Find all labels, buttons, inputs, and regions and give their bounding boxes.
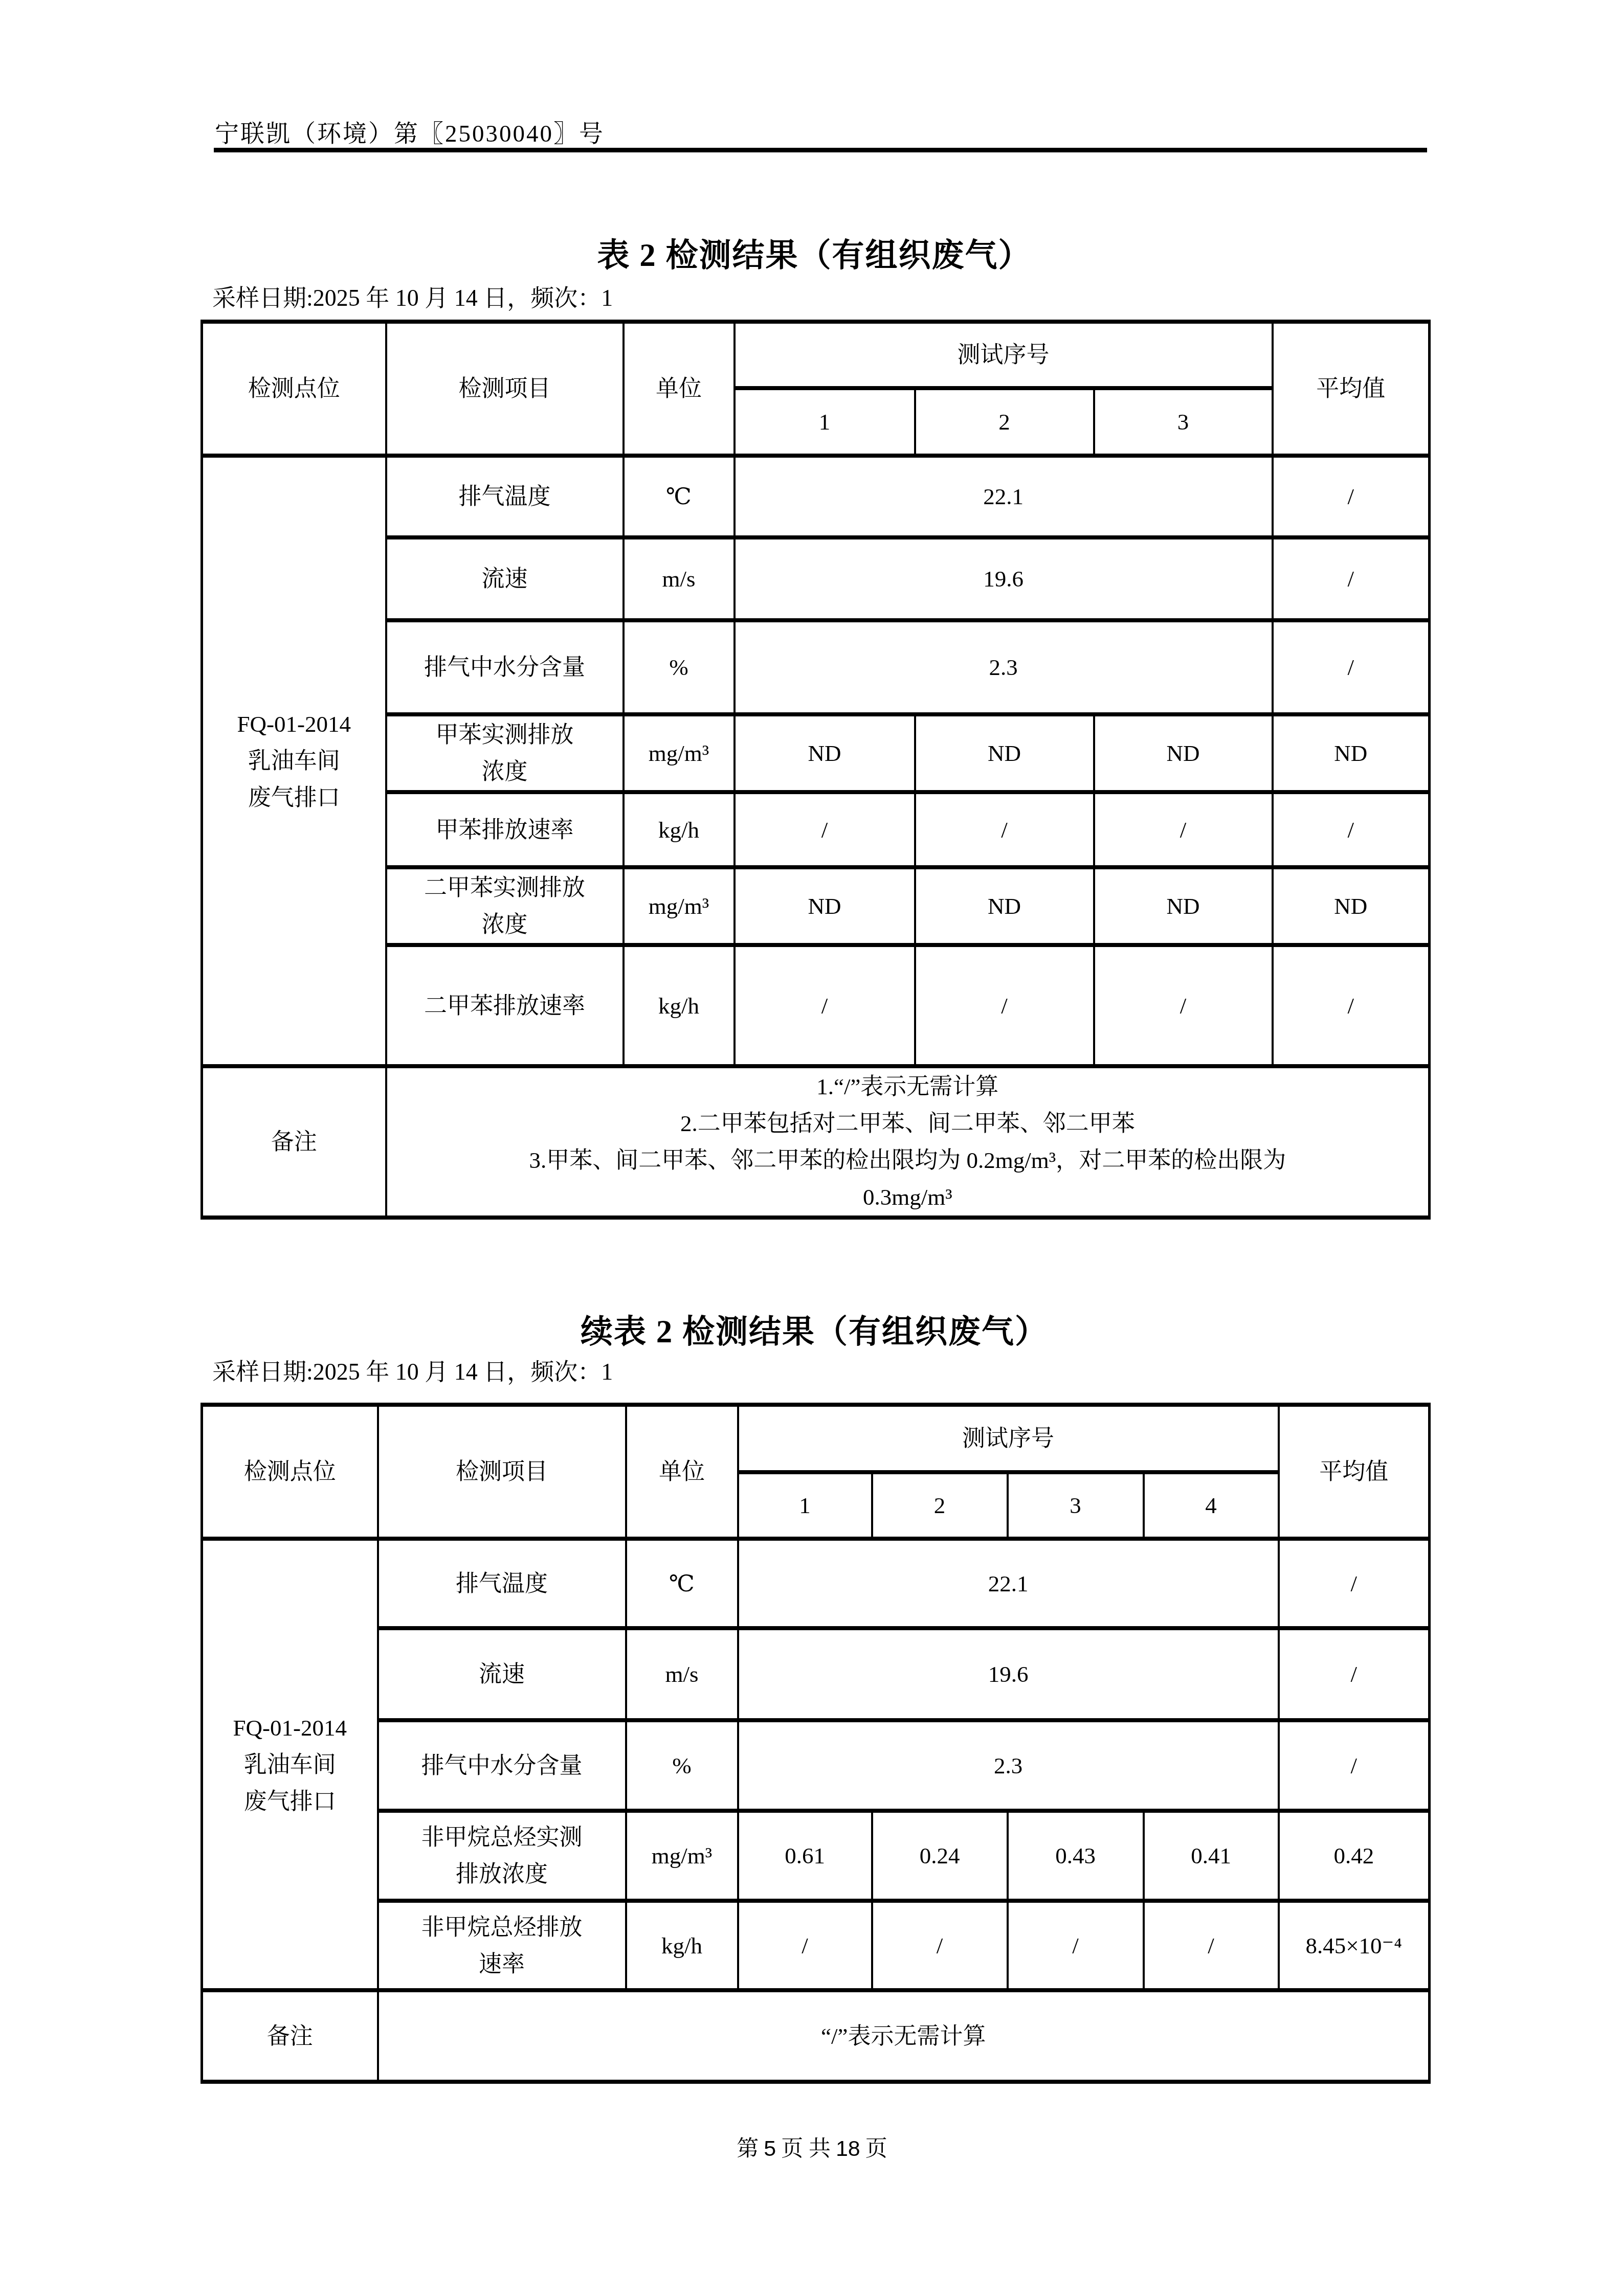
cell-unit: kg/h bbox=[626, 1901, 738, 1990]
cell-value: 0.41 bbox=[1144, 1811, 1279, 1901]
table2-title: 续表 2 检测结果（有组织废气） bbox=[201, 1305, 1428, 1352]
cell-item: 非甲烷总烃排放 速率 bbox=[378, 1901, 626, 1990]
cell-value: / bbox=[735, 792, 915, 867]
table1-sample-date: 采样日期:2025 年 10 月 14 日，频次：1 bbox=[212, 279, 613, 313]
table1-header-row: 检测点位 检测项目 单位 测试序号 平均值 bbox=[202, 322, 1430, 388]
cell-unit: % bbox=[626, 1720, 738, 1811]
remark-row: 备注 1.“/”表示无需计算 2.二甲苯包括对二甲苯、间二甲苯、邻二甲苯 3.甲… bbox=[202, 1066, 1430, 1218]
cell-average: / bbox=[1273, 792, 1430, 867]
cell-value: ND bbox=[915, 867, 1094, 945]
cell-item: 非甲烷总烃实测 排放浓度 bbox=[378, 1811, 626, 1901]
cell-average: 0.42 bbox=[1279, 1811, 1430, 1901]
cell-value: 0.24 bbox=[872, 1811, 1008, 1901]
cell-item: 排气中水分含量 bbox=[378, 1720, 626, 1811]
cell-item: 排气中水分含量 bbox=[386, 620, 624, 714]
table-row: 排气中水分含量 % 2.3 / bbox=[202, 620, 1430, 714]
cell-unit: kg/h bbox=[624, 792, 735, 867]
footer-current-page: 5 bbox=[764, 2136, 776, 2161]
header-unit: 单位 bbox=[624, 322, 735, 456]
remark-text: 1.“/”表示无需计算 2.二甲苯包括对二甲苯、间二甲苯、邻二甲苯 3.甲苯、间… bbox=[386, 1066, 1430, 1218]
cell-unit: ℃ bbox=[626, 1539, 738, 1628]
cell-item: 甲苯实测排放 浓度 bbox=[386, 714, 624, 792]
seq-number-1: 1 bbox=[738, 1472, 872, 1539]
header-test-seq: 测试序号 bbox=[738, 1405, 1279, 1472]
header-average: 平均值 bbox=[1273, 322, 1430, 456]
cell-unit: mg/m³ bbox=[624, 714, 735, 792]
cell-item: 二甲苯实测排放 浓度 bbox=[386, 867, 624, 945]
table1-results: 检测点位 检测项目 单位 测试序号 平均值 1 2 3 FQ-01-2014 乳… bbox=[201, 320, 1431, 1220]
remark-label: 备注 bbox=[202, 1990, 378, 2082]
table-row: 非甲烷总烃排放 速率 kg/h / / / / 8.45×10⁻⁴ bbox=[202, 1901, 1430, 1990]
table-row: 二甲苯实测排放 浓度 mg/m³ ND ND ND ND bbox=[202, 867, 1430, 945]
cell-average: / bbox=[1273, 537, 1430, 620]
cell-unit: mg/m³ bbox=[624, 867, 735, 945]
cell-value-merged: 2.3 bbox=[735, 620, 1273, 714]
cell-average: / bbox=[1279, 1720, 1430, 1811]
cell-average: ND bbox=[1273, 714, 1430, 792]
seq-number-3: 3 bbox=[1094, 388, 1273, 456]
cell-value-merged: 19.6 bbox=[738, 1628, 1279, 1720]
cell-item: 排气温度 bbox=[386, 456, 624, 537]
table2-header-row: 检测点位 检测项目 单位 测试序号 平均值 bbox=[202, 1405, 1430, 1472]
cell-average: 8.45×10⁻⁴ bbox=[1279, 1901, 1430, 1990]
cell-value: / bbox=[1144, 1901, 1279, 1990]
point-label: FQ-01-2014 乳油车间 废气排口 bbox=[202, 456, 386, 1066]
cell-average: / bbox=[1273, 456, 1430, 537]
table-row: 流速 m/s 19.6 / bbox=[202, 1628, 1430, 1720]
header-average: 平均值 bbox=[1279, 1405, 1430, 1539]
cell-value-merged: 22.1 bbox=[738, 1539, 1279, 1628]
report-page: 宁联凯（环境）第〖25030040〗号 表 2 检测结果（有组织废气） 采样日期… bbox=[0, 0, 1624, 2296]
cell-value: ND bbox=[1094, 714, 1273, 792]
cell-value: 0.43 bbox=[1008, 1811, 1144, 1901]
cell-average: / bbox=[1279, 1628, 1430, 1720]
seq-number-4: 4 bbox=[1144, 1472, 1279, 1539]
cell-value: / bbox=[872, 1901, 1008, 1990]
cell-value: / bbox=[1094, 945, 1273, 1066]
cell-average: / bbox=[1273, 945, 1430, 1066]
header-item: 检测项目 bbox=[378, 1405, 626, 1539]
cell-average: / bbox=[1279, 1539, 1430, 1628]
table-row: 二甲苯排放速率 kg/h / / / / bbox=[202, 945, 1430, 1066]
cell-unit: m/s bbox=[626, 1628, 738, 1720]
cell-item: 流速 bbox=[378, 1628, 626, 1720]
cell-average: / bbox=[1273, 620, 1430, 714]
footer-text: 页 bbox=[865, 2137, 887, 2161]
table-row: 甲苯实测排放 浓度 mg/m³ ND ND ND ND bbox=[202, 714, 1430, 792]
cell-value-merged: 19.6 bbox=[735, 537, 1273, 620]
cell-value: / bbox=[738, 1901, 872, 1990]
table-row: FQ-01-2014 乳油车间 废气排口 排气温度 ℃ 22.1 / bbox=[202, 456, 1430, 537]
cell-unit: % bbox=[624, 620, 735, 714]
cell-item: 甲苯排放速率 bbox=[386, 792, 624, 867]
header-unit: 单位 bbox=[626, 1405, 738, 1539]
doc-number: 宁联凯（环境）第〖25030040〗号 bbox=[215, 115, 605, 149]
footer-text: 第 bbox=[737, 2137, 759, 2161]
cell-value: / bbox=[1094, 792, 1273, 867]
point-label: FQ-01-2014 乳油车间 废气排口 bbox=[202, 1539, 378, 1990]
cell-value: ND bbox=[735, 714, 915, 792]
cell-average: ND bbox=[1273, 867, 1430, 945]
table-row: 排气中水分含量 % 2.3 / bbox=[202, 1720, 1430, 1811]
header-test-seq: 测试序号 bbox=[735, 322, 1273, 388]
header-item: 检测项目 bbox=[386, 322, 624, 456]
cell-unit: ℃ bbox=[624, 456, 735, 537]
table2-results: 检测点位 检测项目 单位 测试序号 平均值 1 2 3 4 FQ-01-2014… bbox=[201, 1403, 1431, 2084]
cell-value: ND bbox=[1094, 867, 1273, 945]
cell-value: / bbox=[915, 792, 1094, 867]
table-row: 甲苯排放速率 kg/h / / / / bbox=[202, 792, 1430, 867]
seq-number-3: 3 bbox=[1008, 1472, 1144, 1539]
cell-value: ND bbox=[915, 714, 1094, 792]
remark-label: 备注 bbox=[202, 1066, 386, 1218]
cell-value: ND bbox=[735, 867, 915, 945]
table1-title: 表 2 检测结果（有组织废气） bbox=[201, 229, 1428, 276]
table-row: 非甲烷总烃实测 排放浓度 mg/m³ 0.61 0.24 0.43 0.41 0… bbox=[202, 1811, 1430, 1901]
header-point: 检测点位 bbox=[202, 1405, 378, 1539]
table2-sample-date: 采样日期:2025 年 10 月 14 日，频次：1 bbox=[212, 1353, 613, 1387]
footer-total-pages: 18 bbox=[836, 2136, 860, 2161]
page-footer: 第5页 共18页 bbox=[0, 2131, 1624, 2163]
seq-number-2: 2 bbox=[872, 1472, 1008, 1539]
cell-item: 排气温度 bbox=[378, 1539, 626, 1628]
cell-value: / bbox=[735, 945, 915, 1066]
cell-unit: kg/h bbox=[624, 945, 735, 1066]
seq-number-1: 1 bbox=[735, 388, 915, 456]
cell-value: 0.61 bbox=[738, 1811, 872, 1901]
remark-text: “/”表示无需计算 bbox=[378, 1990, 1430, 2082]
cell-value: / bbox=[1008, 1901, 1144, 1990]
remark-row: 备注 “/”表示无需计算 bbox=[202, 1990, 1430, 2082]
seq-number-2: 2 bbox=[915, 388, 1094, 456]
table-row: FQ-01-2014 乳油车间 废气排口 排气温度 ℃ 22.1 / bbox=[202, 1539, 1430, 1628]
cell-item: 流速 bbox=[386, 537, 624, 620]
cell-value: / bbox=[915, 945, 1094, 1066]
cell-unit: mg/m³ bbox=[626, 1811, 738, 1901]
cell-value-merged: 2.3 bbox=[738, 1720, 1279, 1811]
cell-unit: m/s bbox=[624, 537, 735, 620]
header-rule bbox=[214, 148, 1427, 152]
header-point: 检测点位 bbox=[202, 322, 386, 456]
cell-item: 二甲苯排放速率 bbox=[386, 945, 624, 1066]
cell-value-merged: 22.1 bbox=[735, 456, 1273, 537]
footer-text: 页 共 bbox=[781, 2137, 831, 2161]
table-row: 流速 m/s 19.6 / bbox=[202, 537, 1430, 620]
